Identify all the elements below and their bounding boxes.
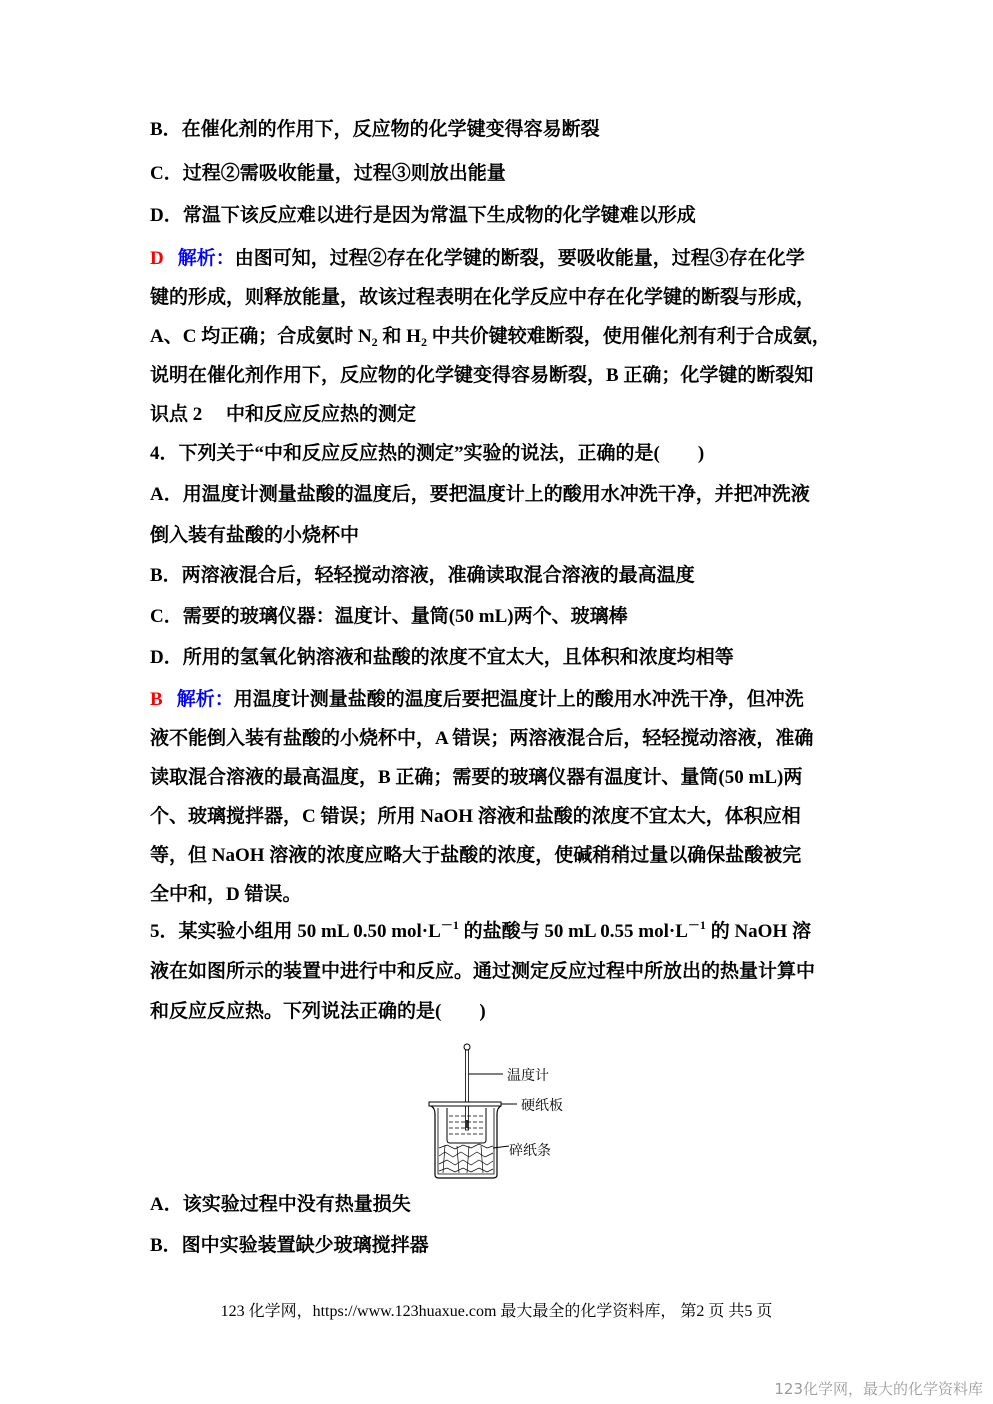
analysis-label: 解析： bbox=[178, 248, 235, 269]
q3-option-b: B．在催化剂的作用下，反应物的化学键变得容易断裂 bbox=[150, 118, 850, 142]
stem-text: 的 NaOH 溶 bbox=[706, 921, 811, 942]
q4-option-d: D．所用的氢氧化钠溶液和盐酸的浓度不宜太大，且体积和浓度均相等 bbox=[150, 646, 850, 670]
analysis-text: 中共价键较难断裂，使用催化剂有利于合成氨， bbox=[427, 326, 831, 347]
cardboard-label: 硬纸板 bbox=[521, 1095, 563, 1115]
q4-option-a-line-1: A．用温度计测量盐酸的温度后，要把温度计上的酸用水冲洗干净，并把冲洗液 bbox=[150, 483, 850, 507]
calorimeter-diagram-icon bbox=[425, 1040, 605, 1185]
q4-analysis-line-5: 等，但 NaOH 溶液的浓度应略大于盐酸的浓度，使碱稍稍过量以确保盐酸被完 bbox=[150, 844, 850, 868]
q4-analysis-line-2: 液不能倒入装有盐酸的小烧杯中，A 错误；两溶液混合后，轻轻搅动溶液，准确 bbox=[150, 727, 850, 751]
superscript: －1 bbox=[688, 918, 706, 932]
section-heading: 识点 2 中和反应反应热的测定 bbox=[150, 403, 850, 427]
thermometer-label: 温度计 bbox=[507, 1065, 549, 1085]
q4-option-b: B．两溶液混合后，轻轻搅动溶液，准确读取混合溶液的最高温度 bbox=[150, 564, 850, 588]
q5-option-a: A．该实验过程中没有热量损失 bbox=[150, 1193, 850, 1217]
analysis-text: 和 H bbox=[378, 326, 421, 347]
stem-text: 的盐酸与 50 mL 0.55 mol·L bbox=[459, 921, 688, 942]
stem-text: 5．某实验小组用 50 mL 0.50 mol·L bbox=[150, 921, 441, 942]
q3-analysis-line-4: 说明在催化剂作用下，反应物的化学键变得容易断裂，B 正确；化学键的断裂知 bbox=[150, 364, 850, 388]
q5-option-b: B．图中实验装置缺少玻璃搅拌器 bbox=[150, 1234, 850, 1258]
q4-option-c: C．需要的玻璃仪器：温度计、量筒(50 mL)两个、玻璃棒 bbox=[150, 605, 850, 629]
paper-scraps-label: 碎纸条 bbox=[509, 1140, 551, 1160]
q3-analysis-line-1: D解析：由图可知，过程②存在化学键的断裂，要吸收能量，过程③存在化学 bbox=[150, 247, 850, 271]
q3-answer: D bbox=[150, 248, 164, 269]
calorimeter-figure: 温度计 硬纸板 碎纸条 bbox=[425, 1040, 605, 1185]
q3-analysis-line-2: 键的形成，则释放能量，故该过程表明在化学反应中存在化学键的断裂与形成， bbox=[150, 286, 850, 310]
analysis-label: 解析： bbox=[177, 689, 234, 710]
q5-stem-line-2: 液在如图所示的装置中进行中和反应。通过测定反应过程中所放出的热量计算中 bbox=[150, 960, 850, 984]
q4-answer: B bbox=[150, 689, 163, 710]
q4-analysis-line-3: 读取混合溶液的最高温度，B 正确；需要的玻璃仪器有温度计、量筒(50 mL)两 bbox=[150, 766, 850, 790]
q4-stem: 4．下列关于“中和反应反应热的测定”实验的说法，正确的是( ) bbox=[150, 442, 850, 466]
q3-option-d: D．常温下该反应难以进行是因为常温下生成物的化学键难以形成 bbox=[150, 204, 850, 228]
q5-stem-line-3: 和反应反应热。下列说法正确的是( ) bbox=[150, 1000, 850, 1024]
q4-analysis-line-1: B解析：用温度计测量盐酸的温度后要把温度计上的酸用水冲洗干净，但冲洗 bbox=[150, 688, 850, 712]
watermark: 123化学网，最大的化学资料库 bbox=[774, 1378, 983, 1399]
superscript: －1 bbox=[441, 918, 459, 932]
page-footer: 123 化学网，https://www.123huaxue.com 最大最全的化… bbox=[0, 1298, 993, 1321]
analysis-text: A、C 均正确；合成氨时 N bbox=[150, 326, 372, 347]
analysis-text: 由图可知，过程②存在化学键的断裂，要吸收能量，过程③存在化学 bbox=[235, 248, 805, 269]
q3-analysis-line-3: A、C 均正确；合成氨时 N2 和 H2 中共价键较难断裂，使用催化剂有利于合成… bbox=[150, 325, 850, 349]
analysis-text: 用温度计测量盐酸的温度后要把温度计上的酸用水冲洗干净，但冲洗 bbox=[234, 689, 804, 710]
q4-analysis-line-4: 个、玻璃搅拌器，C 错误；所用 NaOH 溶液和盐酸的浓度不宜太大，体积应相 bbox=[150, 805, 850, 829]
q3-option-c: C．过程②需吸收能量，过程③则放出能量 bbox=[150, 162, 850, 186]
q4-option-a-line-2: 倒入装有盐酸的小烧杯中 bbox=[150, 524, 850, 548]
q4-analysis-line-6: 全中和，D 错误。 bbox=[150, 883, 850, 907]
q5-stem-line-1: 5．某实验小组用 50 mL 0.50 mol·L－1 的盐酸与 50 mL 0… bbox=[150, 920, 850, 944]
